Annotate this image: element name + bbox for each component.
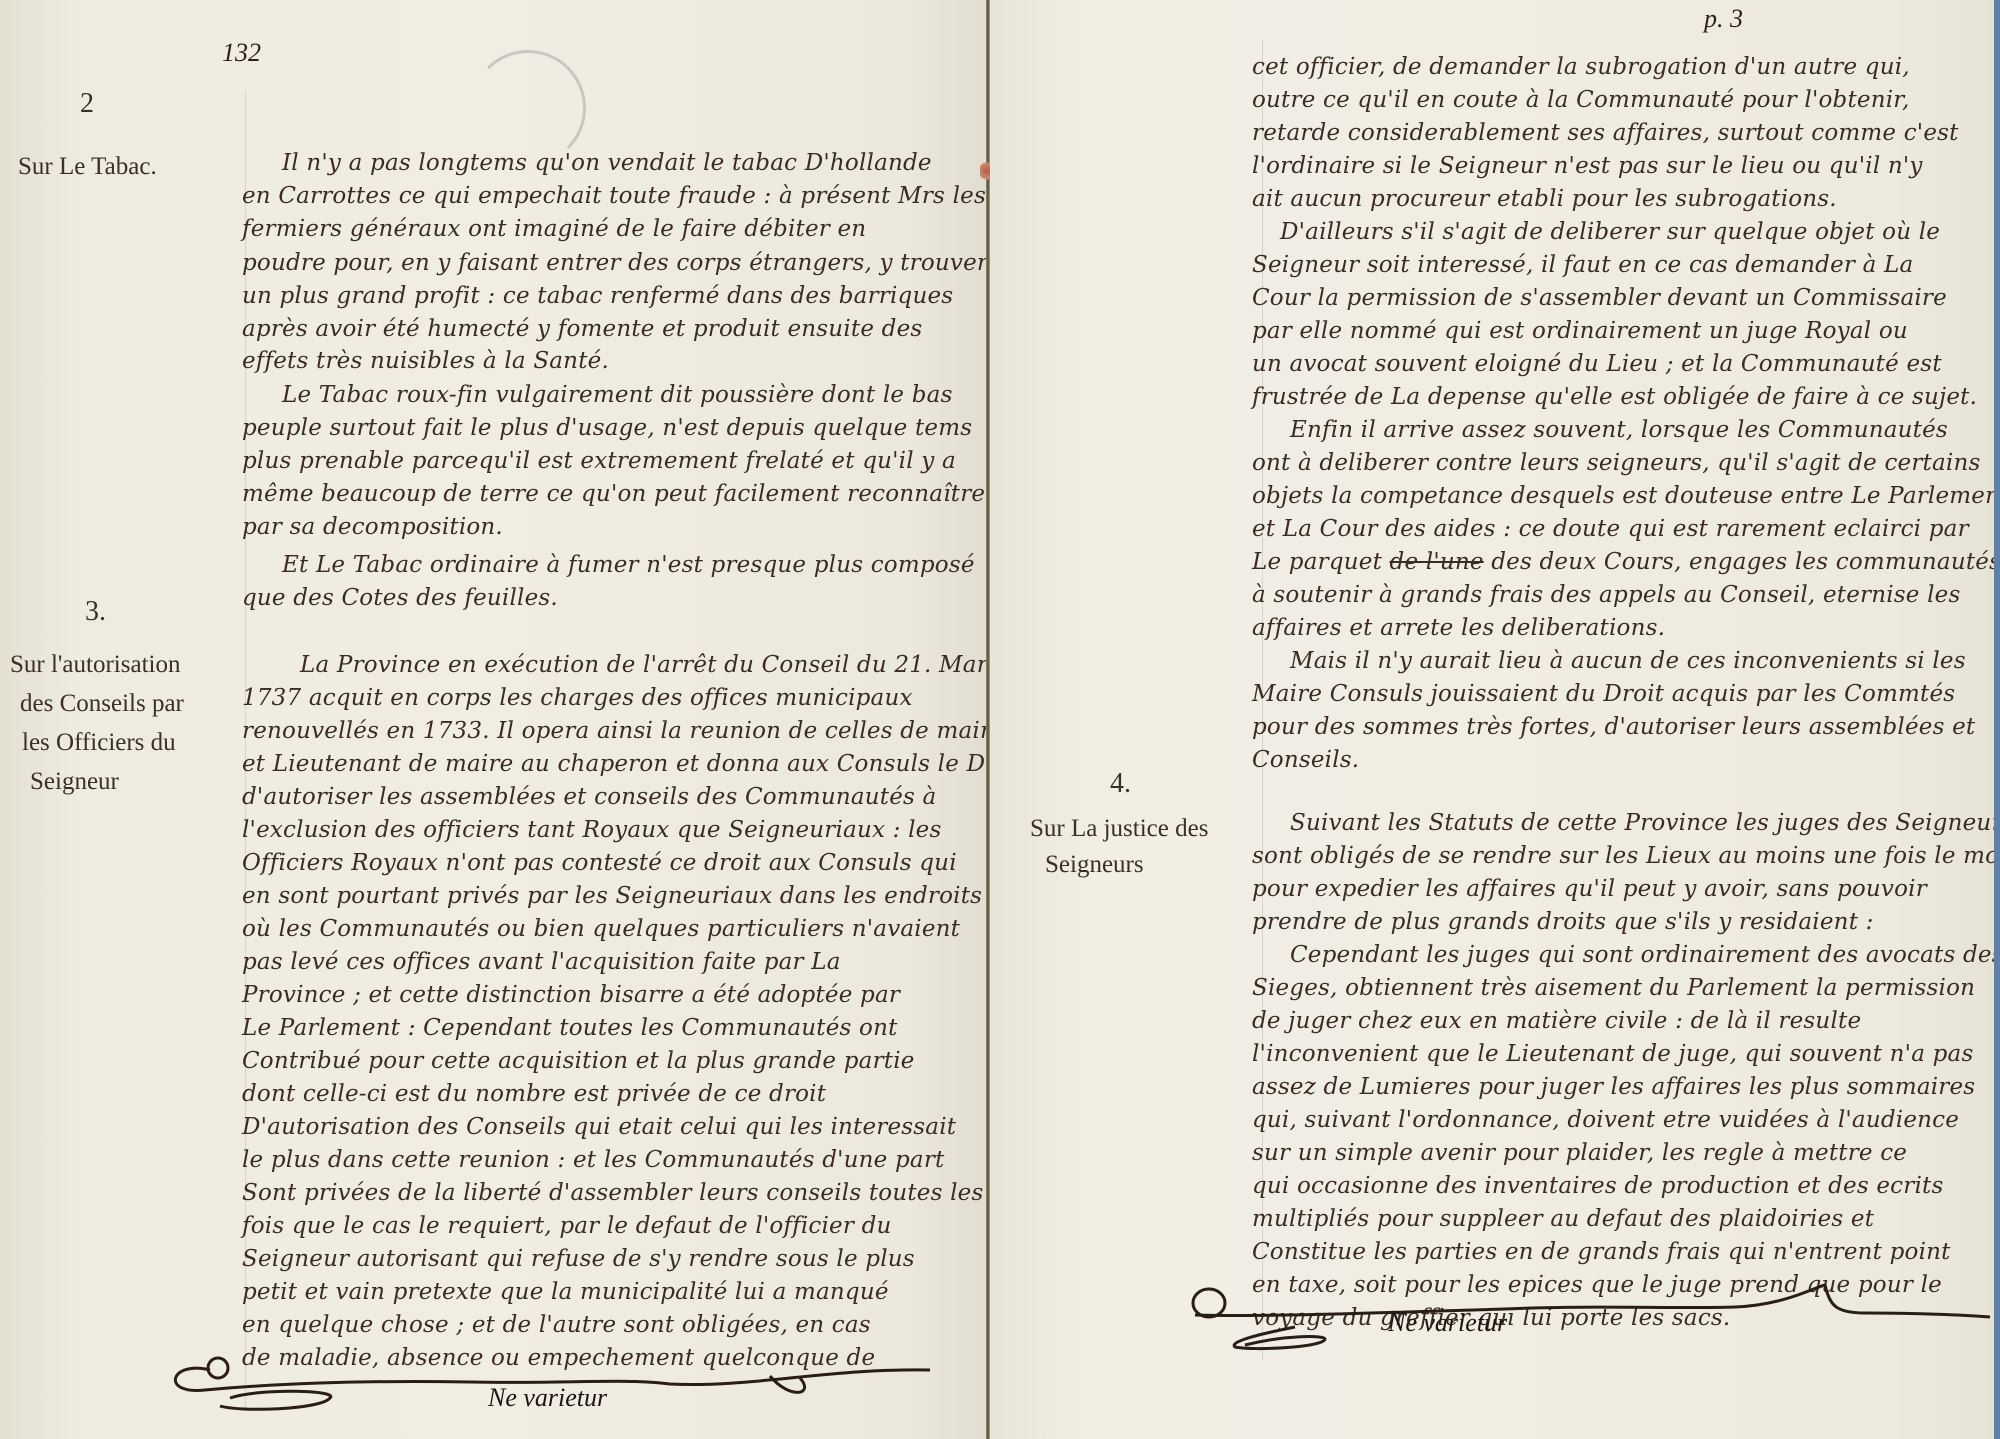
- text-line: en sont pourtant privés par les Seigneur…: [242, 881, 982, 911]
- text-line: D'autorisation des Conseils qui etait ce…: [242, 1112, 956, 1142]
- text-line: Suivant les Statuts de cette Province le…: [1290, 808, 2000, 838]
- section-number: 2: [80, 88, 94, 120]
- margin-heading: Seigneurs: [1045, 848, 1144, 882]
- folio-number: p. 3: [1704, 4, 1743, 34]
- text-line: pour expedier les affaires qu'il peut y …: [1252, 874, 1927, 904]
- text-line: La Province en exécution de l'arrêt du C…: [300, 650, 1007, 680]
- text-line: dont celle-ci est du nombre est privée d…: [242, 1079, 826, 1109]
- text-line: D'ailleurs s'il s'agit de deliberer sur …: [1280, 217, 1940, 247]
- manuscript-scan: 132 2 Sur Le Tabac. Il n'y a pas longtem…: [0, 0, 2000, 1439]
- text-line: Constitue les parties en de grands frais…: [1252, 1237, 1951, 1267]
- text-line: Seigneur soit interessé, il faut en ce c…: [1252, 250, 1913, 280]
- left-page: 132 2 Sur Le Tabac. Il n'y a pas longtem…: [0, 0, 988, 1439]
- section-number: 4.: [1110, 768, 1131, 800]
- text-line: fermiers généraux ont imaginé de le fair…: [242, 214, 866, 244]
- text-line: sur un simple avenir pour plaider, les r…: [1252, 1138, 1907, 1168]
- text-line: Contribué pour cette acquisition et la p…: [242, 1046, 915, 1076]
- text-line: Mais il n'y aurait lieu à aucun de ces i…: [1290, 646, 1966, 676]
- text-line: effets très nuisibles à la Santé.: [242, 346, 609, 376]
- text-line: l'exclusion des officiers tant Royaux qu…: [242, 815, 942, 845]
- text-line: sont obligés de se rendre sur les Lieux …: [1252, 841, 2000, 871]
- text-line: fois que le cas le requiert, par le defa…: [242, 1211, 892, 1241]
- right-page: p. 3 cet officier, de demander la subrog…: [990, 0, 1995, 1439]
- text-line: Sont privées de la liberté d'assembler l…: [242, 1178, 984, 1208]
- text-line: multipliés pour suppleer au defaut des p…: [1252, 1204, 1874, 1234]
- margin-heading: les Officiers du: [22, 726, 176, 760]
- paraph-flourish: [1175, 1265, 1995, 1355]
- scan-edge: [1994, 0, 2000, 1439]
- text-line: l'ordinaire si le Seigneur n'est pas sur…: [1252, 151, 1923, 181]
- text-line: Il n'y a pas longtems qu'on vendait le t…: [282, 148, 932, 178]
- text-line: frustrée de La depense qu'elle est oblig…: [1252, 382, 1977, 412]
- text-line-with-strikethrough: Le parquet de l'une des deux Cours, enga…: [1252, 547, 2000, 577]
- folio-number: 132: [222, 38, 261, 68]
- signature-ne-varietur: Ne varietur: [1388, 1308, 1507, 1338]
- text-line: cet officier, de demander la subrogation…: [1252, 52, 1910, 82]
- text-line: pas levé ces offices avant l'acquisition…: [242, 947, 841, 977]
- text-line: poudre pour, en y faisant entrer des cor…: [242, 248, 988, 278]
- text-line: où les Communautés ou bien quelques part…: [242, 914, 960, 944]
- text-line: pour des sommes très fortes, d'autoriser…: [1252, 712, 1975, 742]
- text-line: petit et vain pretexte que la municipali…: [242, 1277, 889, 1307]
- text-line: qui, suivant l'ordonnance, doivent etre …: [1252, 1105, 1959, 1135]
- text-line: qui occasionne des inventaires de produc…: [1252, 1171, 1943, 1201]
- text-line: Seigneur autorisant qui refuse de s'y re…: [242, 1244, 915, 1274]
- margin-heading: Seigneur: [30, 765, 119, 799]
- text-line: Cependant les juges qui sont ordinaireme…: [1290, 940, 2000, 970]
- text-line: d'autoriser les assemblées et conseils d…: [242, 782, 936, 812]
- text-line: 1737 acquit en corps les charges des off…: [242, 683, 913, 713]
- text-line: assez de Lumieres pour juger les affaire…: [1252, 1072, 1975, 1102]
- margin-heading: Sur Le Tabac.: [18, 150, 157, 184]
- text-line: Maire Consuls jouissaient du Droit acqui…: [1252, 679, 1955, 709]
- margin-heading: Sur La justice des: [1030, 812, 1208, 846]
- text-line: objets la competance desquels est douteu…: [1252, 481, 2000, 511]
- margin-heading: Sur l'autorisation: [10, 648, 180, 682]
- text-line: prendre de plus grands droits que s'ils …: [1252, 907, 1874, 937]
- text-line: Le Tabac roux-fin vulgairement dit pouss…: [282, 380, 953, 410]
- text-line: outre ce qu'il en coute à la Communauté …: [1252, 85, 1909, 115]
- text-line: l'inconvenient que le Lieutenant de juge…: [1252, 1039, 1973, 1069]
- text-line: renouvellés en 1733. Il opera ainsi la r…: [242, 716, 1005, 746]
- margin-heading: des Conseils par: [20, 687, 184, 721]
- text-line: et Lieutenant de maire au chaperon et do…: [242, 749, 1027, 779]
- text-line: Enfin il arrive assez souvent, lorsque l…: [1290, 415, 1948, 445]
- signature-ne-varietur: Ne varietur: [488, 1383, 607, 1413]
- text-line: Cour la permission de s'assembler devant…: [1252, 283, 1947, 313]
- text-line: en quelque chose ; et de l'autre sont ob…: [242, 1310, 871, 1340]
- text-line: plus prenable parcequ'il est extremement…: [242, 446, 956, 476]
- text-line: en Carrottes ce qui empechait toute frau…: [242, 181, 986, 211]
- text-line: Province ; et cette distinction bisarre …: [242, 980, 900, 1010]
- text-line: Conseils.: [1252, 745, 1359, 775]
- text-line: même beaucoup de terre ce qu'on peut fac…: [242, 479, 985, 509]
- text-line: que des Cotes des feuilles.: [242, 583, 558, 613]
- text-line: et La Cour des aides : ce doute qui est …: [1252, 514, 1969, 544]
- text-line: ait aucun procureur etabli pour les subr…: [1252, 184, 1837, 214]
- text-line: par elle nommé qui est ordinairement un …: [1252, 316, 1908, 346]
- text-line: de juger chez eux en matière civile : de…: [1252, 1006, 1861, 1036]
- text-line: Officiers Royaux n'ont pas contesté ce d…: [242, 848, 957, 878]
- section-number: 3.: [85, 596, 106, 628]
- text-line: le plus dans cette reunion : et les Comm…: [242, 1145, 944, 1175]
- text-line: un avocat souvent eloigné du Lieu ; et l…: [1252, 349, 1942, 379]
- text-line: retarde considerablement ses affaires, s…: [1252, 118, 1959, 148]
- struck-text: de l'une: [1390, 549, 1484, 575]
- text-line: affaires et arrete les deliberations.: [1252, 613, 1665, 643]
- text-line: un plus grand profit : ce tabac renfermé…: [242, 281, 953, 311]
- text-line: Le Parlement : Cependant toutes les Comm…: [242, 1013, 898, 1043]
- text-line: après avoir été humecté y fomente et pro…: [242, 314, 922, 344]
- text-line: Et Le Tabac ordinaire à fumer n'est pres…: [282, 550, 975, 580]
- text-line: ont à deliberer contre leurs seigneurs, …: [1252, 448, 1980, 478]
- text-line: Sieges, obtiennent très aisement du Parl…: [1252, 973, 1975, 1003]
- text-line: à soutenir à grands frais des appels au …: [1252, 580, 1960, 610]
- text-line: par sa decomposition.: [242, 512, 503, 542]
- text-line: peuple surtout fait le plus d'usage, n'e…: [242, 413, 972, 443]
